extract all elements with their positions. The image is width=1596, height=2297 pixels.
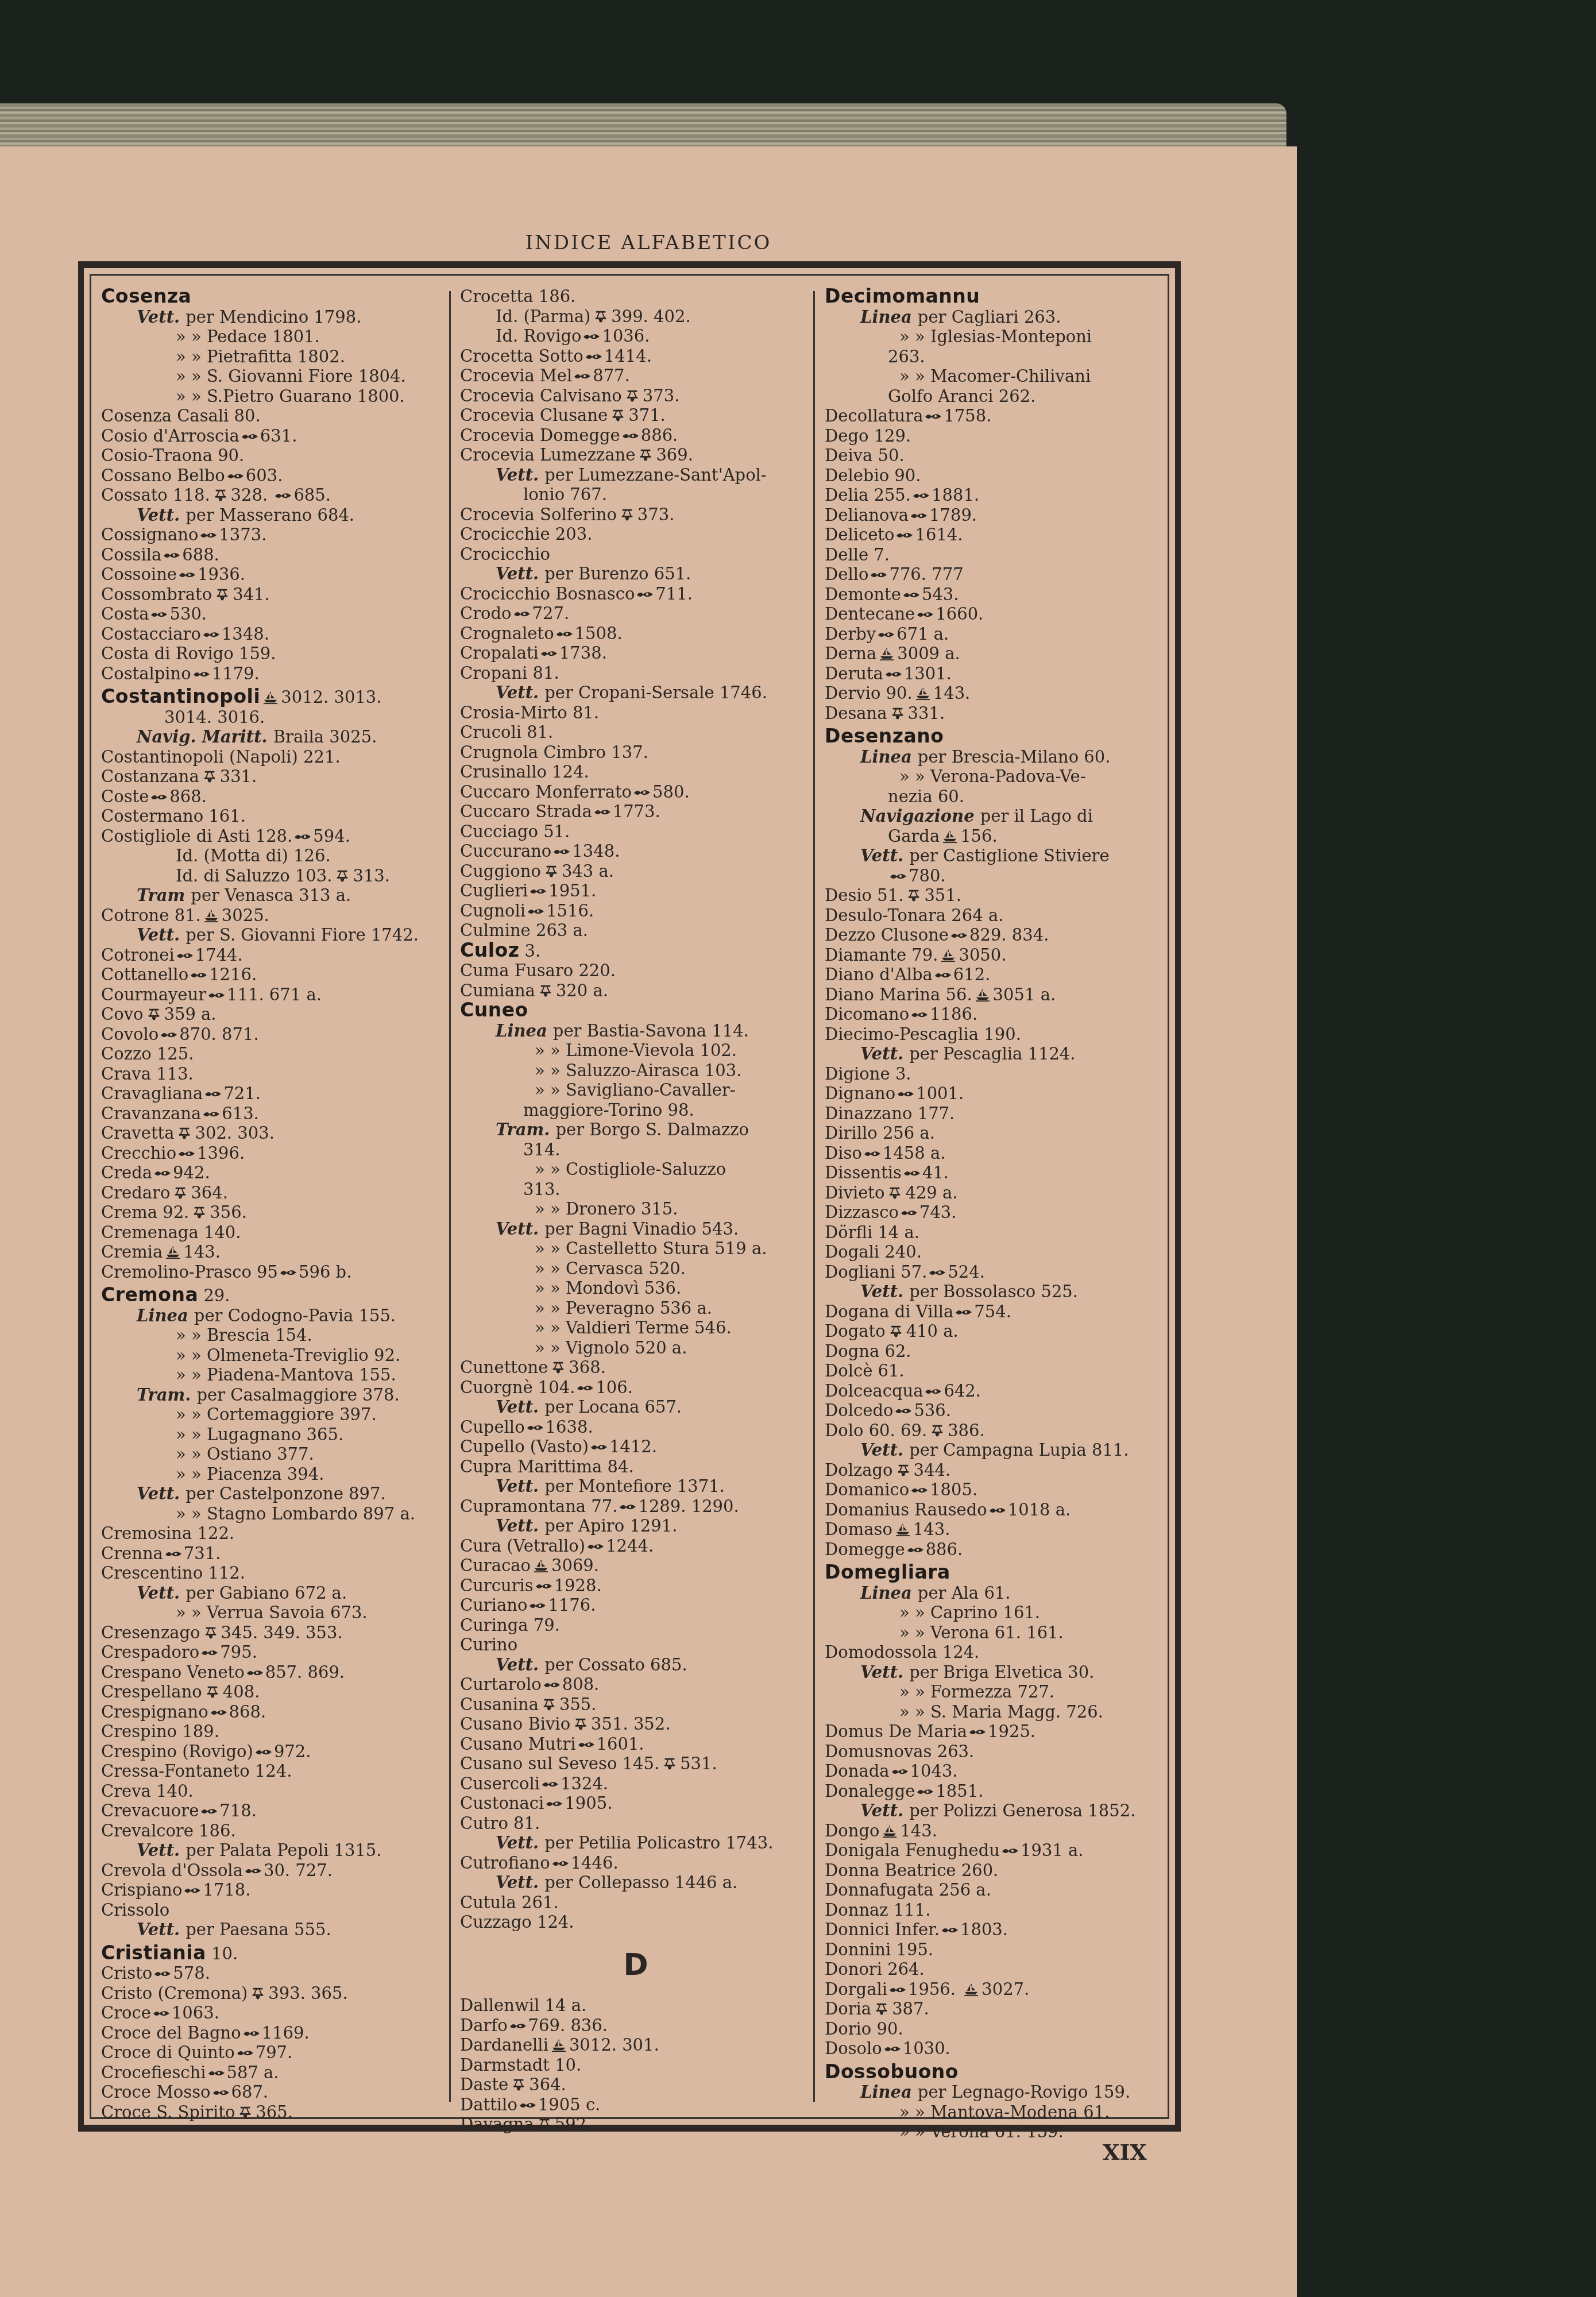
entry-text: per Castiglione Stiviere [909, 846, 1109, 865]
coach-icon [585, 350, 602, 364]
index-entry: » » Costigliole-Saluzzo [460, 1159, 811, 1180]
page-refs: 3050. [959, 945, 1006, 965]
page-refs: 359 a. [164, 1004, 217, 1024]
index-entry: Crocefieschi587 a. [101, 2063, 446, 2083]
index-entry: Coste868. [101, 787, 446, 807]
page-refs: 364. [529, 2075, 566, 2094]
entry-text: Deliceto [825, 525, 894, 544]
tram-icon [873, 2002, 890, 2016]
entry-text: per Briga Elvetica 30. [909, 1662, 1094, 1682]
entry-text: Curtarolo [460, 1675, 542, 1694]
entry-text: » » Formezza 727. [899, 1682, 1054, 1702]
coach-icon [527, 1421, 544, 1434]
entry-text: per Ala 61. [918, 1583, 1011, 1603]
coach-icon [204, 1087, 222, 1101]
page-refs: 795. [220, 1642, 257, 1662]
entry-text: Cuglieri [460, 881, 528, 900]
index-entry: Dogliani 57.524. [825, 1262, 1158, 1282]
entry-text: Dervio 90. [825, 683, 913, 703]
entry-text: Credaro [101, 1183, 170, 1202]
tram-icon [550, 1361, 567, 1375]
index-entry: » » Caprino 161. [825, 1603, 1158, 1623]
entry-text: Dolcedo [825, 1401, 893, 1420]
index-entry: Crenna731. [101, 1544, 446, 1564]
entry-text: Cresenzago [101, 1623, 200, 1642]
entry-text: Cunettone [460, 1358, 548, 1377]
entry-text: per Castelponzone 897. [186, 1484, 385, 1503]
index-entry: Cremenaga 140. [101, 1223, 446, 1243]
index-entry: Vett. per Collepasso 1446 a. [460, 1873, 811, 1893]
entry-text: Cossombrato [101, 585, 212, 604]
page-refs: 711. [655, 584, 693, 604]
index-entry: Dogana di Villa754. [825, 1302, 1158, 1322]
index-column-3: DecimomannuLinea per Cagliari 263.» » Ig… [825, 287, 1158, 2142]
page-refs: 942. [173, 1163, 210, 1182]
coach-icon [200, 528, 217, 542]
entry-text: per Lumezzane-Sant'Apol- [544, 465, 766, 485]
page-refs: 393. 365. [268, 1983, 347, 2003]
page-refs: 886. [641, 426, 678, 445]
index-heading-entry: Domegliara [825, 1563, 1158, 1583]
index-entry: Decollatura1758. [825, 406, 1158, 426]
entry-text: » » Mantova-Modena 61. [899, 2102, 1110, 2122]
coach-icon [895, 1404, 912, 1418]
entry-text: Dattilo [460, 2095, 517, 2114]
coach-icon [540, 647, 558, 660]
page-refs: 743. [919, 1202, 957, 1222]
page-refs: 1803. [960, 1920, 1008, 1939]
index-entry: Dogna 62. [825, 1341, 1158, 1362]
page-refs: 1738. [559, 643, 607, 663]
index-entry: Vett. per Campagna Lupia 811. [825, 1440, 1158, 1460]
page-refs: 857. 869. [265, 1662, 345, 1682]
service-type: Vett. [137, 1583, 186, 1603]
index-heading-entry: Dossobuono [825, 2062, 1158, 2083]
entry-text: Crocevia Solferino [460, 505, 617, 524]
coach-icon [885, 667, 902, 681]
index-entry: » » Castelletto Stura 519 a. [460, 1239, 811, 1259]
index-entry: Domusnovas 263. [825, 1742, 1158, 1762]
index-entry: Dervio 90.143. [825, 683, 1158, 703]
entry-text: Diamante 79. [825, 945, 938, 965]
entry-text: Donnafugata 256 a. [825, 1880, 991, 1900]
coach-icon [519, 2098, 536, 2112]
entry-text: Dentecane [825, 604, 915, 624]
entry-text: per Cropani-Sersale 1746. [544, 683, 767, 702]
coach-icon [889, 1983, 906, 1997]
entry-text: per il Lago di [980, 806, 1093, 826]
entry-text: Domaso [825, 1519, 892, 1539]
index-entry: Costermano 161. [101, 806, 446, 826]
index-entry: Delle 7. [825, 545, 1158, 565]
entry-text: » » Caprino 161. [899, 1603, 1040, 1622]
page-refs: 343 a. [562, 861, 614, 881]
index-entry: Curtarolo808. [460, 1675, 811, 1695]
page-refs: 1186. [930, 1004, 977, 1024]
coach-icon [543, 1678, 561, 1692]
tram-icon [661, 1757, 678, 1771]
coach-icon [929, 1266, 946, 1279]
entry-text: » » Verona 61. 161. [899, 1623, 1064, 1642]
index-entry: Crissolo [101, 1900, 446, 1920]
index-entry: Dolo 60. 69.386. [825, 1421, 1158, 1441]
entry-text: Domus De Maria [825, 1722, 967, 1741]
index-entry: Vett. per Paesana 555. [101, 1920, 446, 1940]
index-entry: Vett. per Briga Elvetica 30. [825, 1662, 1158, 1683]
index-entry: Domegge886. [825, 1540, 1158, 1560]
page-refs: 1289. 1290. [638, 1496, 739, 1516]
index-entry: Vett. per Montefiore 1371. [460, 1476, 811, 1496]
page-refs: 143. [913, 1519, 950, 1539]
coach-icon [911, 1483, 928, 1497]
page-refs: 3009 a. [897, 644, 960, 663]
index-entry: Dorio 90. [825, 2019, 1158, 2039]
index-entry: Donori 264. [825, 1959, 1158, 1979]
page-refs: 731. [184, 1544, 221, 1563]
entry-text: » » Piadena-Mantova 155. [176, 1365, 396, 1385]
ship-icon [963, 1983, 980, 1997]
coach-icon [163, 548, 180, 562]
entry-text: Dosolo [825, 2039, 882, 2058]
page-refs: 429 a. [905, 1183, 957, 1202]
entry-text: Costa di Rovigo 159. [101, 644, 276, 663]
tram-icon [237, 2106, 254, 2120]
index-entry: Cravanzana613. [101, 1104, 446, 1124]
index-entry: » » Limone-Vievola 102. [460, 1041, 811, 1061]
index-entry: Crusinallo 124. [460, 762, 811, 782]
tram-icon [609, 409, 627, 423]
index-entry: Vett. per Mendicino 1798. [101, 307, 446, 327]
coach-icon [636, 587, 654, 601]
index-entry: Id. (Parma)399. 402. [460, 307, 811, 327]
entry-text: Donada [825, 1761, 890, 1781]
service-type: Linea [860, 1583, 918, 1603]
coach-icon [227, 469, 244, 483]
coach-icon [201, 1646, 218, 1660]
service-type: Vett. [496, 465, 544, 485]
tram-icon [537, 984, 554, 998]
entry-text: Crespignano [101, 1702, 208, 1722]
index-entry: Cusanina355. [460, 1695, 811, 1715]
coach-icon [925, 1385, 942, 1398]
index-entry: Linea per Bastia-Savona 114. [460, 1021, 811, 1041]
entry-text: Dirillo 256 a. [825, 1123, 935, 1143]
page-refs: 1348. [572, 841, 620, 861]
index-entry: » » S. Maria Magg. 726. [825, 1702, 1158, 1722]
page-refs: 1396. [197, 1143, 245, 1163]
service-type: Linea [137, 1306, 194, 1325]
index-entry: Dolcè 61. [825, 1361, 1158, 1381]
ship-icon [203, 909, 220, 923]
index-entry: Crocevia Lumezzane369. [460, 445, 811, 465]
entry-text: Dogali 240. [825, 1242, 922, 1262]
page-number: XIX [1103, 2139, 1147, 2165]
page-refs: 1036. [602, 326, 650, 346]
index-entry: Dissentis41. [825, 1163, 1158, 1183]
entry-text: » » Olmeneta-Treviglio 92. [176, 1345, 400, 1365]
index-entry: Domus De Maria1925. [825, 1722, 1158, 1742]
index-entry: Cutrofiano1446. [460, 1853, 811, 1873]
page-refs: 1373. [219, 525, 266, 544]
entry-text: Cuorgnè 104. [460, 1378, 575, 1397]
index-entry: Cusano Mutri1601. [460, 1734, 811, 1754]
place-heading: Desenzano [825, 725, 944, 747]
index-entry: Crespino (Rovigo)972. [101, 1742, 446, 1762]
index-entry: Vett. per Pescaglia 1124. [825, 1044, 1158, 1064]
ship-icon [878, 647, 895, 661]
entry-text: Domanius Rausedo [825, 1500, 987, 1519]
entry-text: Dissentis [825, 1163, 902, 1182]
page-refs: 631. [260, 426, 297, 446]
coach-icon [989, 1503, 1006, 1517]
entry-text: Cosio d'Arroscia [101, 426, 239, 446]
index-entry: Dosolo1030. [825, 2039, 1158, 2059]
index-entry: Cusano sul Seveso 145.531. [460, 1754, 811, 1774]
tram-icon [624, 389, 641, 403]
index-entry: Delianova1789. [825, 505, 1158, 525]
entry-text: per Palata Pepoli 1315. [186, 1840, 381, 1860]
ship-icon [550, 2039, 567, 2052]
index-entry: Cravetta302. 303. [101, 1123, 446, 1143]
tram-icon [540, 1698, 558, 1712]
entry-text: Cremenaga 140. [101, 1223, 241, 1242]
entry-text: Donnici Infer. [825, 1920, 940, 1939]
index-heading-entry: Cosenza [101, 287, 446, 307]
index-entry: Cucciago 51. [460, 822, 811, 842]
page-refs: 1936. [198, 564, 245, 584]
index-entry: Donnafugata 256 a. [825, 1880, 1158, 1900]
entry-text: » » Savigliano-Cavaller- [535, 1080, 736, 1100]
entry-text: Dogato [825, 1321, 886, 1341]
index-entry: » » S. Giovanni Fiore 1804. [101, 366, 446, 386]
entry-text: Covolo [101, 1024, 159, 1044]
page-refs: 868. [169, 787, 207, 806]
entry-text: Golfo Aranci 262. [888, 386, 1035, 406]
entry-text: » » Iglesias-Monteponi [899, 327, 1092, 346]
tram-icon [895, 1464, 912, 1478]
entry-text: Crocetta 186. [460, 287, 575, 306]
service-type: Vett. [496, 1476, 544, 1496]
index-entry: Cosio-Traona 90. [101, 446, 446, 466]
entry-text: Daste [460, 2075, 508, 2094]
index-entry: 263. [825, 347, 1158, 367]
page-refs: 386. [948, 1421, 985, 1440]
index-entry: Crocicchie 203. [460, 524, 811, 544]
entry-text: Dolcè 61. [825, 1361, 905, 1380]
coach-icon [578, 1738, 595, 1751]
page-refs: 685. [293, 485, 331, 505]
entry-text: » » Cortemaggiore 397. [176, 1405, 377, 1424]
index-entry: maggiore-Torino 98. [460, 1100, 811, 1120]
page-refs: 1244. [606, 1536, 654, 1556]
coach-icon [934, 968, 952, 982]
entry-text: Courmayeur [101, 985, 206, 1004]
page-refs: 1851. [936, 1781, 983, 1801]
coach-icon [910, 509, 928, 523]
index-entry: Vett. per Gabiano 672 a. [101, 1583, 446, 1603]
page-refs: 1601. [597, 1734, 644, 1754]
entry-text: Crespano Veneto [101, 1662, 245, 1682]
coach-icon [179, 568, 196, 582]
page-refs: 1905. [565, 1793, 612, 1813]
service-type: Tram [137, 885, 191, 905]
index-entry: Cremolino-Prasco 95596 b. [101, 1262, 446, 1282]
service-type: Vett. [496, 1219, 544, 1239]
page-refs: 1324. [561, 1774, 608, 1793]
index-entry: Cusano Bivio351. 352. [460, 1714, 811, 1734]
coach-icon [917, 608, 934, 621]
service-type: Vett. [137, 1484, 186, 1503]
index-entry: Domodossola 124. [825, 1642, 1158, 1662]
ship-icon [164, 1246, 181, 1259]
index-entry: Cupello (Vasto)1412. [460, 1437, 811, 1457]
page-refs: 410 a. [906, 1321, 959, 1341]
entry-text: Cusano Bivio [460, 1714, 570, 1734]
service-type: Vett. [496, 1397, 544, 1417]
entry-text: Cossignano [101, 525, 198, 544]
coach-icon [246, 1666, 264, 1680]
service-type: Vett. [496, 683, 544, 702]
entry-text: Digione 3. [825, 1064, 911, 1084]
ship-icon [894, 1523, 911, 1537]
page-refs: 868. [229, 1702, 266, 1722]
running-head: INDICE ALFABETICO [0, 231, 1297, 254]
entry-text: Donna Beatrice 260. [825, 1861, 998, 1880]
index-entry: Vett. per Cropani-Sersale 1746. [460, 683, 811, 703]
index-entry: » » Saluzzo-Airasca 103. [460, 1061, 811, 1081]
entry-text: Dizzasco [825, 1202, 899, 1222]
index-entry: Creva 140. [101, 1781, 446, 1801]
entry-text: Domodossola 124. [825, 1642, 979, 1662]
page-refs: 3069. [551, 1556, 599, 1575]
page-refs: 754. [974, 1302, 1011, 1321]
entry-text: » » Piacenza 394. [176, 1464, 324, 1484]
coach-icon [941, 1923, 959, 1937]
index-entry: » » Ostiano 377. [101, 1444, 446, 1464]
entry-text: » » Vignolo 520 a. [535, 1338, 687, 1358]
index-entry: Vett. per Cossato 685. [460, 1655, 811, 1675]
entry-text: » » Pietrafitta 1802. [176, 347, 345, 366]
tram-icon [886, 1186, 903, 1200]
entry-text: Cupello (Vasto) [460, 1437, 589, 1456]
index-entry: Dörfli 14 a. [825, 1223, 1158, 1243]
entry-text: Cugnoli [460, 901, 525, 921]
entry-text: Dongo [825, 1821, 879, 1840]
index-entry: Crespadoro795. [101, 1642, 446, 1662]
entry-text: Costanzana [101, 767, 199, 786]
ship-icon [881, 1824, 898, 1838]
index-entry: Donada1043. [825, 1761, 1158, 1781]
entry-text: Costantinopoli (Napoli) 221. [101, 747, 341, 767]
index-entry: » » Mondovì 536. [460, 1278, 811, 1298]
coach-icon [633, 786, 651, 799]
index-entry: Vett. per Lumezzane-Sant'Apol- [460, 465, 811, 485]
page-refs: 10. [206, 1944, 238, 1963]
page-refs: 543. [922, 585, 959, 604]
entry-text: Crocevia Domegge [460, 426, 620, 445]
index-entry: Cuccaro Monferrato580. [460, 782, 811, 802]
index-entry: » » Iglesias-Monteponi [825, 327, 1158, 347]
index-entry: Croce di Quinto797. [101, 2043, 446, 2063]
index-entry: Desulo-Tonara 264 a. [825, 906, 1158, 926]
index-entry: Diano d'Alba612. [825, 965, 1158, 985]
page-refs: 1925. [988, 1722, 1035, 1741]
index-entry: Vett. per Castelponzone 897. [101, 1484, 446, 1504]
entry-text: Crespino 189. [101, 1722, 219, 1741]
entry-text: per Petilia Policastro 1743. [544, 1833, 773, 1853]
entry-text: Crecchio [101, 1143, 176, 1163]
entry-text: per Montefiore 1371. [544, 1476, 725, 1496]
index-entry: Cuccaro Strada1773. [460, 802, 811, 822]
entry-text: Dorgali [825, 1979, 887, 1999]
service-type: Vett. [137, 925, 186, 945]
entry-text: per Codogno-Pavia 155. [194, 1306, 396, 1325]
entry-text: Crocicchio [460, 544, 550, 564]
page-refs: 769. 836. [528, 2016, 608, 2035]
entry-text: Curinga 79. [460, 1615, 560, 1635]
index-entry: Tram. per Borgo S. Dalmazzo [460, 1120, 811, 1140]
index-entry: Vett. per Petilia Policastro 1743. [460, 1833, 811, 1853]
coach-icon [587, 1540, 604, 1553]
index-entry: Crevacuore718. [101, 1801, 446, 1821]
page-refs: 1179. [212, 664, 260, 683]
entry-text: per Brescia-Milano 60. [918, 747, 1111, 767]
index-entry: » » Piacenza 394. [101, 1464, 446, 1484]
page-refs: 3027. [981, 1979, 1029, 1999]
entry-text: Id. di Saluzzo 103. [176, 866, 332, 885]
entry-text: 313. [523, 1180, 561, 1199]
index-entry: Cossignano1373. [101, 525, 446, 545]
entry-text: Divieto [825, 1183, 884, 1202]
entry-text: » » Limone-Vievola 102. [535, 1041, 737, 1060]
page-refs: 1718. [203, 1880, 250, 1900]
entry-text: Curiano [460, 1595, 527, 1615]
index-entry: Croce del Bagno1169. [101, 2023, 446, 2043]
index-entry: Dongo143. [825, 1821, 1158, 1841]
page-refs: 1412. [609, 1437, 657, 1456]
page-refs: 368. [569, 1358, 606, 1377]
index-entry: Desio 51.351. [825, 885, 1158, 906]
entry-text: » » Castelletto Stura 519 a. [535, 1239, 767, 1258]
entry-text: Covo [101, 1004, 144, 1024]
entry-text: » » Lugagnano 365. [176, 1425, 343, 1444]
page-refs: 592. [555, 2114, 592, 2134]
entry-text: Deruta [825, 664, 883, 683]
entry-text: Decollatura [825, 406, 923, 426]
tram-icon [172, 1186, 189, 1200]
entry-text: Cropani 81. [460, 663, 559, 683]
entry-text: » » Verona-Padova-Ve- [899, 767, 1086, 786]
entry-text: » » Brescia 154. [176, 1325, 312, 1345]
coach-icon [891, 1765, 909, 1778]
page-refs: 143. [900, 1821, 937, 1840]
entry-text: Cristo [101, 1963, 152, 1983]
entry-text: Dinazzano 177. [825, 1104, 954, 1123]
page-refs: 364. [191, 1183, 228, 1202]
index-entry: 780. [825, 866, 1158, 886]
index-entry: Navig. Maritt. Braila 3025. [101, 727, 446, 747]
entry-text: Delianova [825, 505, 909, 525]
service-type: Linea [860, 307, 918, 327]
page-refs: 721. [223, 1084, 261, 1103]
index-entry: » » Lugagnano 365. [101, 1425, 446, 1445]
page-refs: 1001. [916, 1084, 964, 1103]
page-refs: 373. [643, 386, 680, 405]
index-entry: Donnici Infer.1803. [825, 1920, 1158, 1940]
service-type: Tram. [137, 1385, 196, 1405]
coach-icon [907, 1543, 924, 1557]
index-entry: Cugnoli1516. [460, 901, 811, 921]
